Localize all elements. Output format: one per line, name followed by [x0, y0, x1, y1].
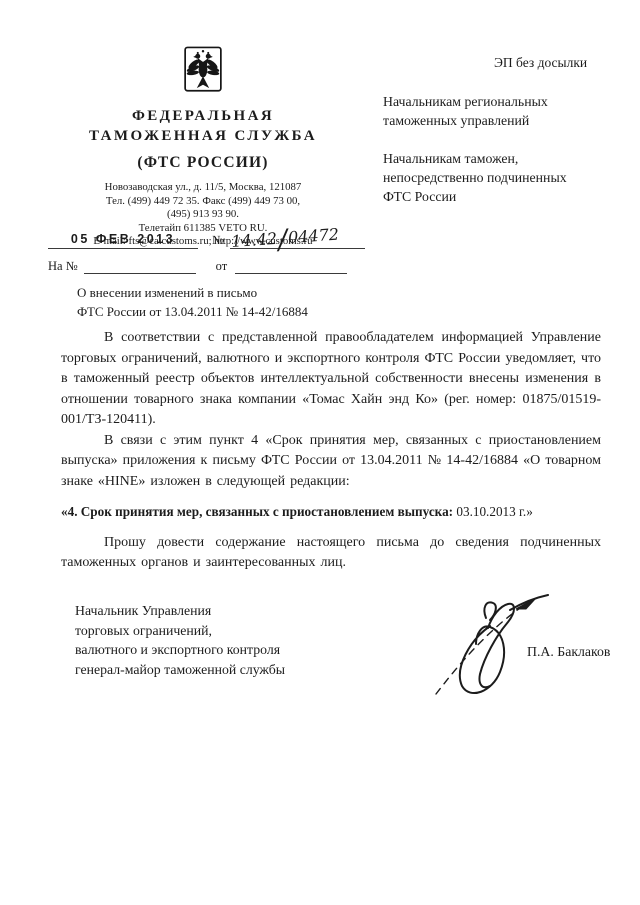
- reference-block: 05 ФЕВ 2013 № 14.42/04472 На № от: [48, 232, 378, 283]
- signatory-position: Начальник Управления торговых ограничени…: [75, 601, 285, 679]
- body-paragraph-3: «4. Срок принятия мер, связанных с приос…: [61, 502, 601, 523]
- date-stamp: 05 ФЕВ 2013: [71, 232, 175, 246]
- outgoing-row: 05 ФЕВ 2013 № 14.42/04472: [48, 232, 378, 249]
- org-name-line1: ФЕДЕРАЛЬНАЯ: [42, 106, 364, 126]
- reply-date-underline: [235, 258, 347, 274]
- double-headed-eagle-emblem-icon: [184, 46, 222, 96]
- reply-number-label: На №: [48, 259, 78, 274]
- subject-line: О внесении изменений в письмо ФТС России…: [77, 283, 308, 321]
- reply-row: На № от: [48, 258, 378, 274]
- recipient-block-2: Начальникам таможен, непосредственно под…: [383, 149, 598, 206]
- letter-body: В соответствии с представленной правообл…: [61, 328, 601, 574]
- phone-line-2: (495) 913 93 90.: [42, 208, 364, 222]
- letterhead: ФЕДЕРАЛЬНАЯ ТАМОЖЕННАЯ СЛУЖБА (ФТС РОССИ…: [42, 46, 364, 249]
- reply-number-underline: [84, 258, 196, 274]
- org-abbreviation: (ФТС РОССИИ): [42, 154, 364, 172]
- body-paragraph-2: В связи с этим пункт 4 «Срок принятия ме…: [61, 431, 601, 493]
- address-line: Новозаводская ул., д. 11/5, Москва, 1210…: [42, 181, 364, 195]
- date-underline: 05 ФЕВ 2013: [48, 232, 198, 249]
- body-paragraph-4: Прошу довести содержание настоящего пись…: [61, 533, 601, 574]
- number-underline: 14.42/04472: [230, 232, 365, 249]
- phone-line: Тел. (499) 449 72 35. Факс (499) 449 73 …: [42, 195, 364, 209]
- scanned-letter-page: ФЕДЕРАЛЬНАЯ ТАМОЖЕННАЯ СЛУЖБА (ФТС РОССИ…: [0, 0, 640, 905]
- body-paragraph-1: В соответствии с представленной правообл…: [61, 328, 601, 431]
- amended-clause-bold: «4. Срок принятия мер, связанных с приос…: [61, 504, 453, 519]
- amended-clause-date: 03.10.2013 г.»: [453, 504, 533, 519]
- number-label: №: [212, 233, 224, 248]
- delivery-note: ЭП без досылки: [494, 55, 587, 71]
- org-name-line2: ТАМОЖЕННАЯ СЛУЖБА: [42, 126, 364, 146]
- reply-from-label: от: [216, 259, 228, 274]
- signatory-name: П.А. Баклаков: [527, 644, 610, 660]
- recipient-block-1: Начальникам региональных таможенных упра…: [383, 92, 598, 130]
